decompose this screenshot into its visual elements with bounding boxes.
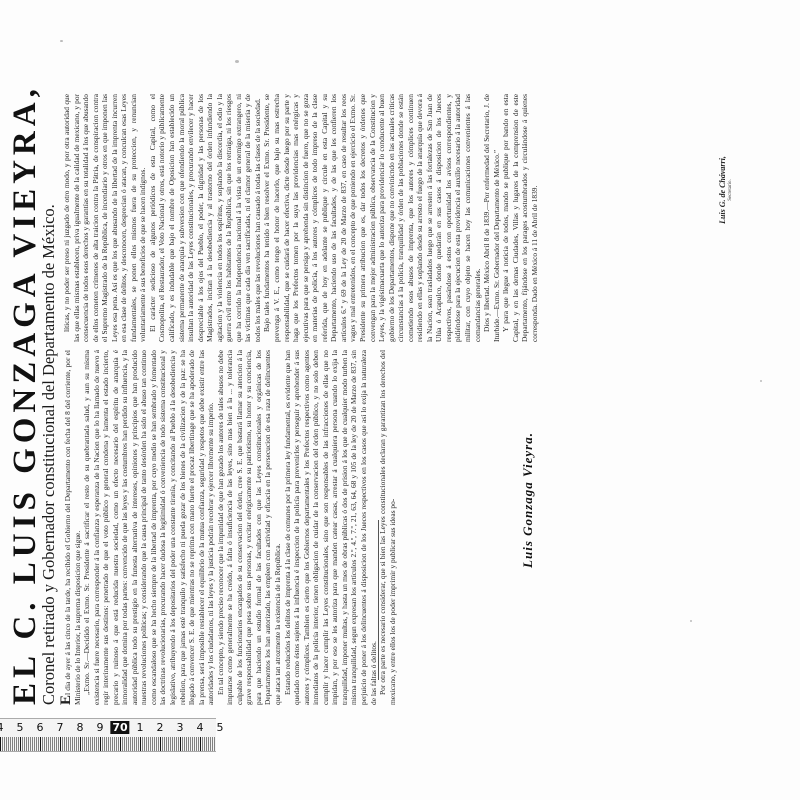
document-subtitle: Coronel retirado y Gobernador constituci… bbox=[40, 65, 58, 705]
scan-speck bbox=[235, 60, 239, 63]
scan-speck bbox=[690, 620, 692, 622]
ruler-label: 5 bbox=[217, 721, 224, 734]
scan-speck bbox=[60, 40, 63, 42]
governor-signature: Luis Gonzaga Vieyra. bbox=[520, 350, 536, 650]
paragraph: En tal concepto, y siendo preciso recono… bbox=[216, 350, 283, 705]
ruler-label: 5 bbox=[17, 721, 24, 734]
fold-crease bbox=[378, 520, 379, 680]
ruler-label: 70 bbox=[110, 721, 129, 734]
measurement-ruler: 4567897012345 bbox=[0, 718, 216, 752]
paragraph: Dios y libertad. México Abril 8 de 1839.… bbox=[482, 94, 501, 342]
paragraph: Y para que llegue á noticia de todos, ma… bbox=[501, 94, 539, 342]
text-column-left: El dia de ayer á las cinco de la tarde, … bbox=[62, 350, 552, 705]
ruler-label: 3 bbox=[177, 721, 184, 734]
paragraph: „Exmo. Sr.—Decidido el Exmo. Sr. Preside… bbox=[82, 350, 216, 705]
paragraph: El dia de ayer á las cinco de la tarde, … bbox=[62, 350, 82, 705]
paragraph: líticas, y no poder ser preso ni juzgado… bbox=[62, 94, 148, 342]
ruler-label: 1 bbox=[137, 721, 144, 734]
ruler-label: 7 bbox=[57, 721, 64, 734]
scanned-page: EL C. LUIS GONZAGA VIEYRA, Coronel retir… bbox=[0, 0, 800, 800]
drop-cap: E bbox=[58, 695, 74, 705]
document-title: EL C. LUIS GONZAGA VIEYRA, bbox=[8, 65, 42, 705]
paragraph: El carácter sedicioso de algunos periódi… bbox=[148, 94, 263, 342]
paragraph: Por otra parte es necesario considerar, … bbox=[378, 350, 397, 705]
secretary-signature: Luis G. de Chávarri, bbox=[718, 120, 727, 260]
ruler-label: 4 bbox=[0, 721, 4, 734]
ruler-label: 4 bbox=[197, 721, 204, 734]
paragraph: Estando reducidos los delitos de imprent… bbox=[283, 350, 378, 705]
rotated-document: EL C. LUIS GONZAGA VIEYRA, Coronel retir… bbox=[0, 0, 800, 800]
ruler-label: 8 bbox=[77, 721, 84, 734]
text-column-right: líticas, y no poder ser preso ni juzgado… bbox=[62, 94, 722, 342]
ruler-labels: 4567897012345 bbox=[0, 721, 216, 735]
ruler-major-ticks bbox=[0, 737, 216, 751]
ruler-label: 6 bbox=[37, 721, 44, 734]
scan-speck bbox=[760, 380, 762, 382]
ruler-label: 9 bbox=[97, 721, 104, 734]
ruler-label: 2 bbox=[157, 721, 164, 734]
secretary-role: Secretario. bbox=[728, 120, 733, 260]
paragraph: Bajo tales fundamentos ha tenido á bien … bbox=[262, 94, 482, 342]
